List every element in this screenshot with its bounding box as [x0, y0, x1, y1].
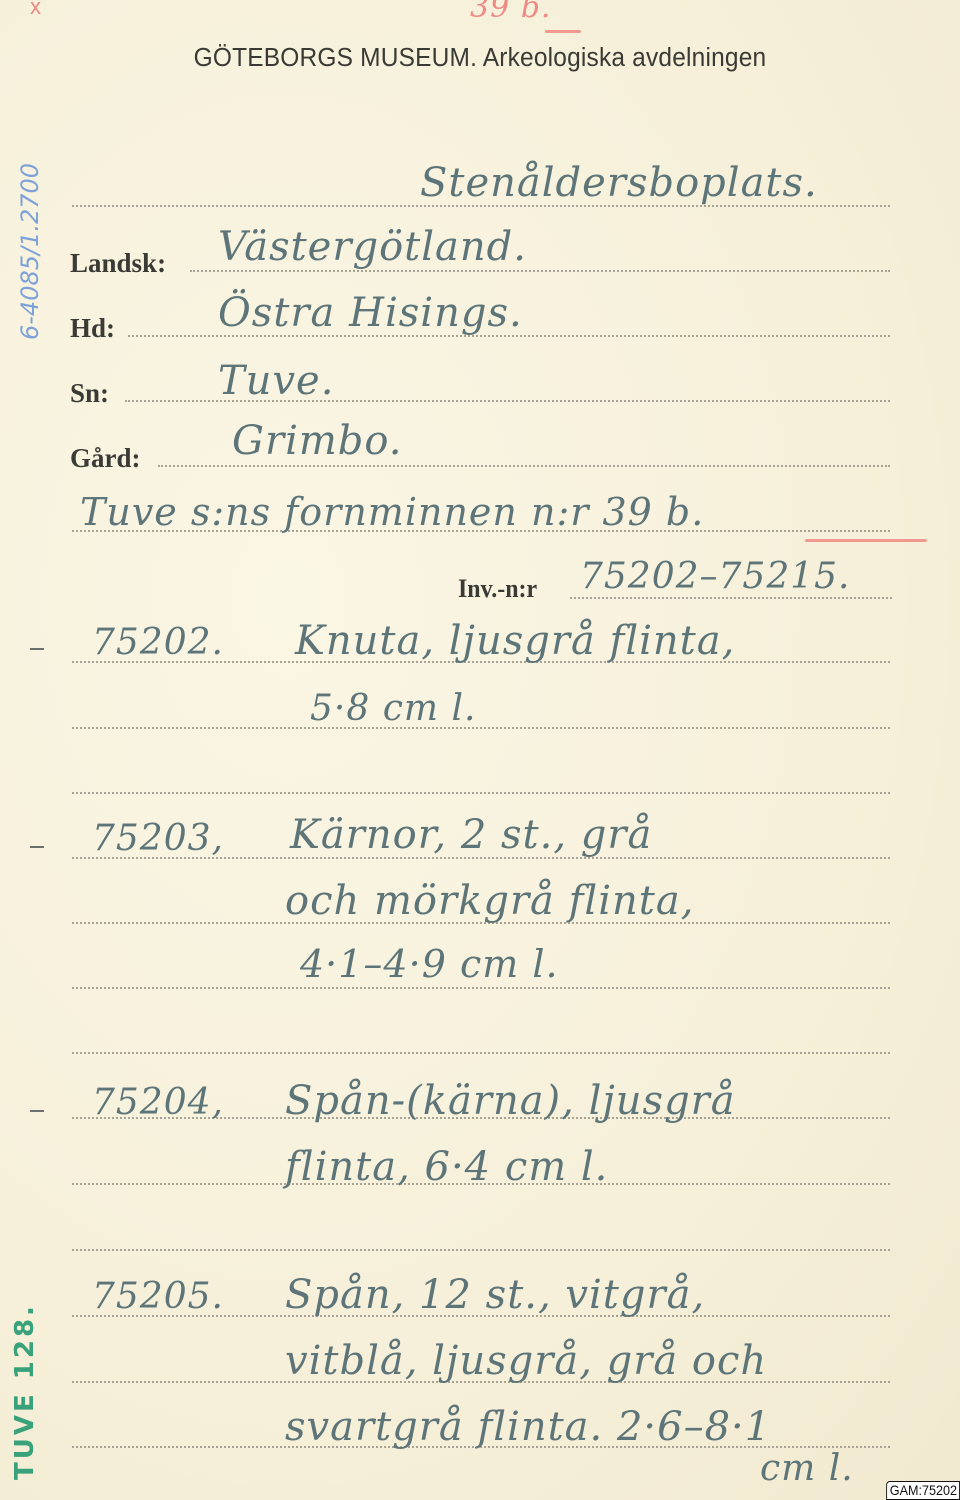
check-dash	[30, 648, 44, 650]
dotted-line	[190, 270, 890, 272]
entry-number: 75204,	[92, 1082, 224, 1123]
entry-line: Kärnor, 2 st., grå	[290, 812, 652, 858]
archive-stamp: GAM:75202	[886, 1481, 960, 1500]
field-value: Västergötland.	[218, 224, 527, 270]
field-value: Östra Hisings.	[218, 290, 523, 336]
margin-note-blue: 6-4085/1.2700	[16, 140, 44, 340]
entry-number: 75205.	[92, 1276, 224, 1317]
entry-number: 75202.	[92, 622, 224, 663]
entry-line: cm l.	[760, 1448, 854, 1489]
corner-mark: x	[30, 0, 41, 20]
field-label: Hd:	[70, 313, 115, 344]
entry-line: vitblå, ljusgrå, grå och	[285, 1338, 767, 1384]
margin-note-green: TUVE 128.	[10, 1330, 40, 1480]
inventory-range: 75202–75215.	[580, 556, 851, 597]
entry-line: Knuta, ljusgrå flinta,	[295, 618, 735, 664]
check-dash	[30, 846, 44, 848]
entry-line: 5·8 cm l.	[310, 688, 476, 729]
entry-number: 75203,	[92, 818, 224, 859]
monument-underline	[805, 539, 927, 542]
field-value: Tuve.	[218, 358, 334, 404]
entry-line: flinta, 6·4 cm l.	[285, 1144, 608, 1190]
entry-line: Spån, 12 st., vitgrå,	[285, 1272, 705, 1318]
catalog-card: x 39 b. GÖTEBORGS MUSEUM. Arkeologiska a…	[0, 0, 960, 1500]
entry-line: och mörkgrå flinta,	[285, 878, 694, 924]
field-value: Grimbo.	[232, 418, 403, 464]
field-label: Sn:	[70, 378, 109, 409]
field-label: Landsk:	[70, 248, 166, 279]
entry-line: 4·1–4·9 cm l.	[300, 942, 559, 986]
museum-header: GÖTEBORGS MUSEUM. Arkeologiska avdelning…	[19, 44, 941, 73]
inventory-label: Inv.-n:r	[458, 574, 537, 604]
ancient-monument: Tuve s:ns fornminnen n:r 39 b.	[80, 490, 704, 534]
dotted-line	[158, 465, 890, 467]
entry-line: Spån-(kärna), ljusgrå	[285, 1078, 736, 1124]
top-annotation: 39 b.	[470, 0, 551, 25]
field-label: Gård:	[70, 443, 141, 474]
top-annotation-underline	[545, 30, 581, 33]
check-dash	[30, 1110, 44, 1112]
entry-line: svartgrå flinta. 2·6–8·1	[285, 1404, 771, 1450]
site-type: Stenåldersboplats.	[420, 160, 818, 206]
dotted-line	[570, 597, 892, 599]
